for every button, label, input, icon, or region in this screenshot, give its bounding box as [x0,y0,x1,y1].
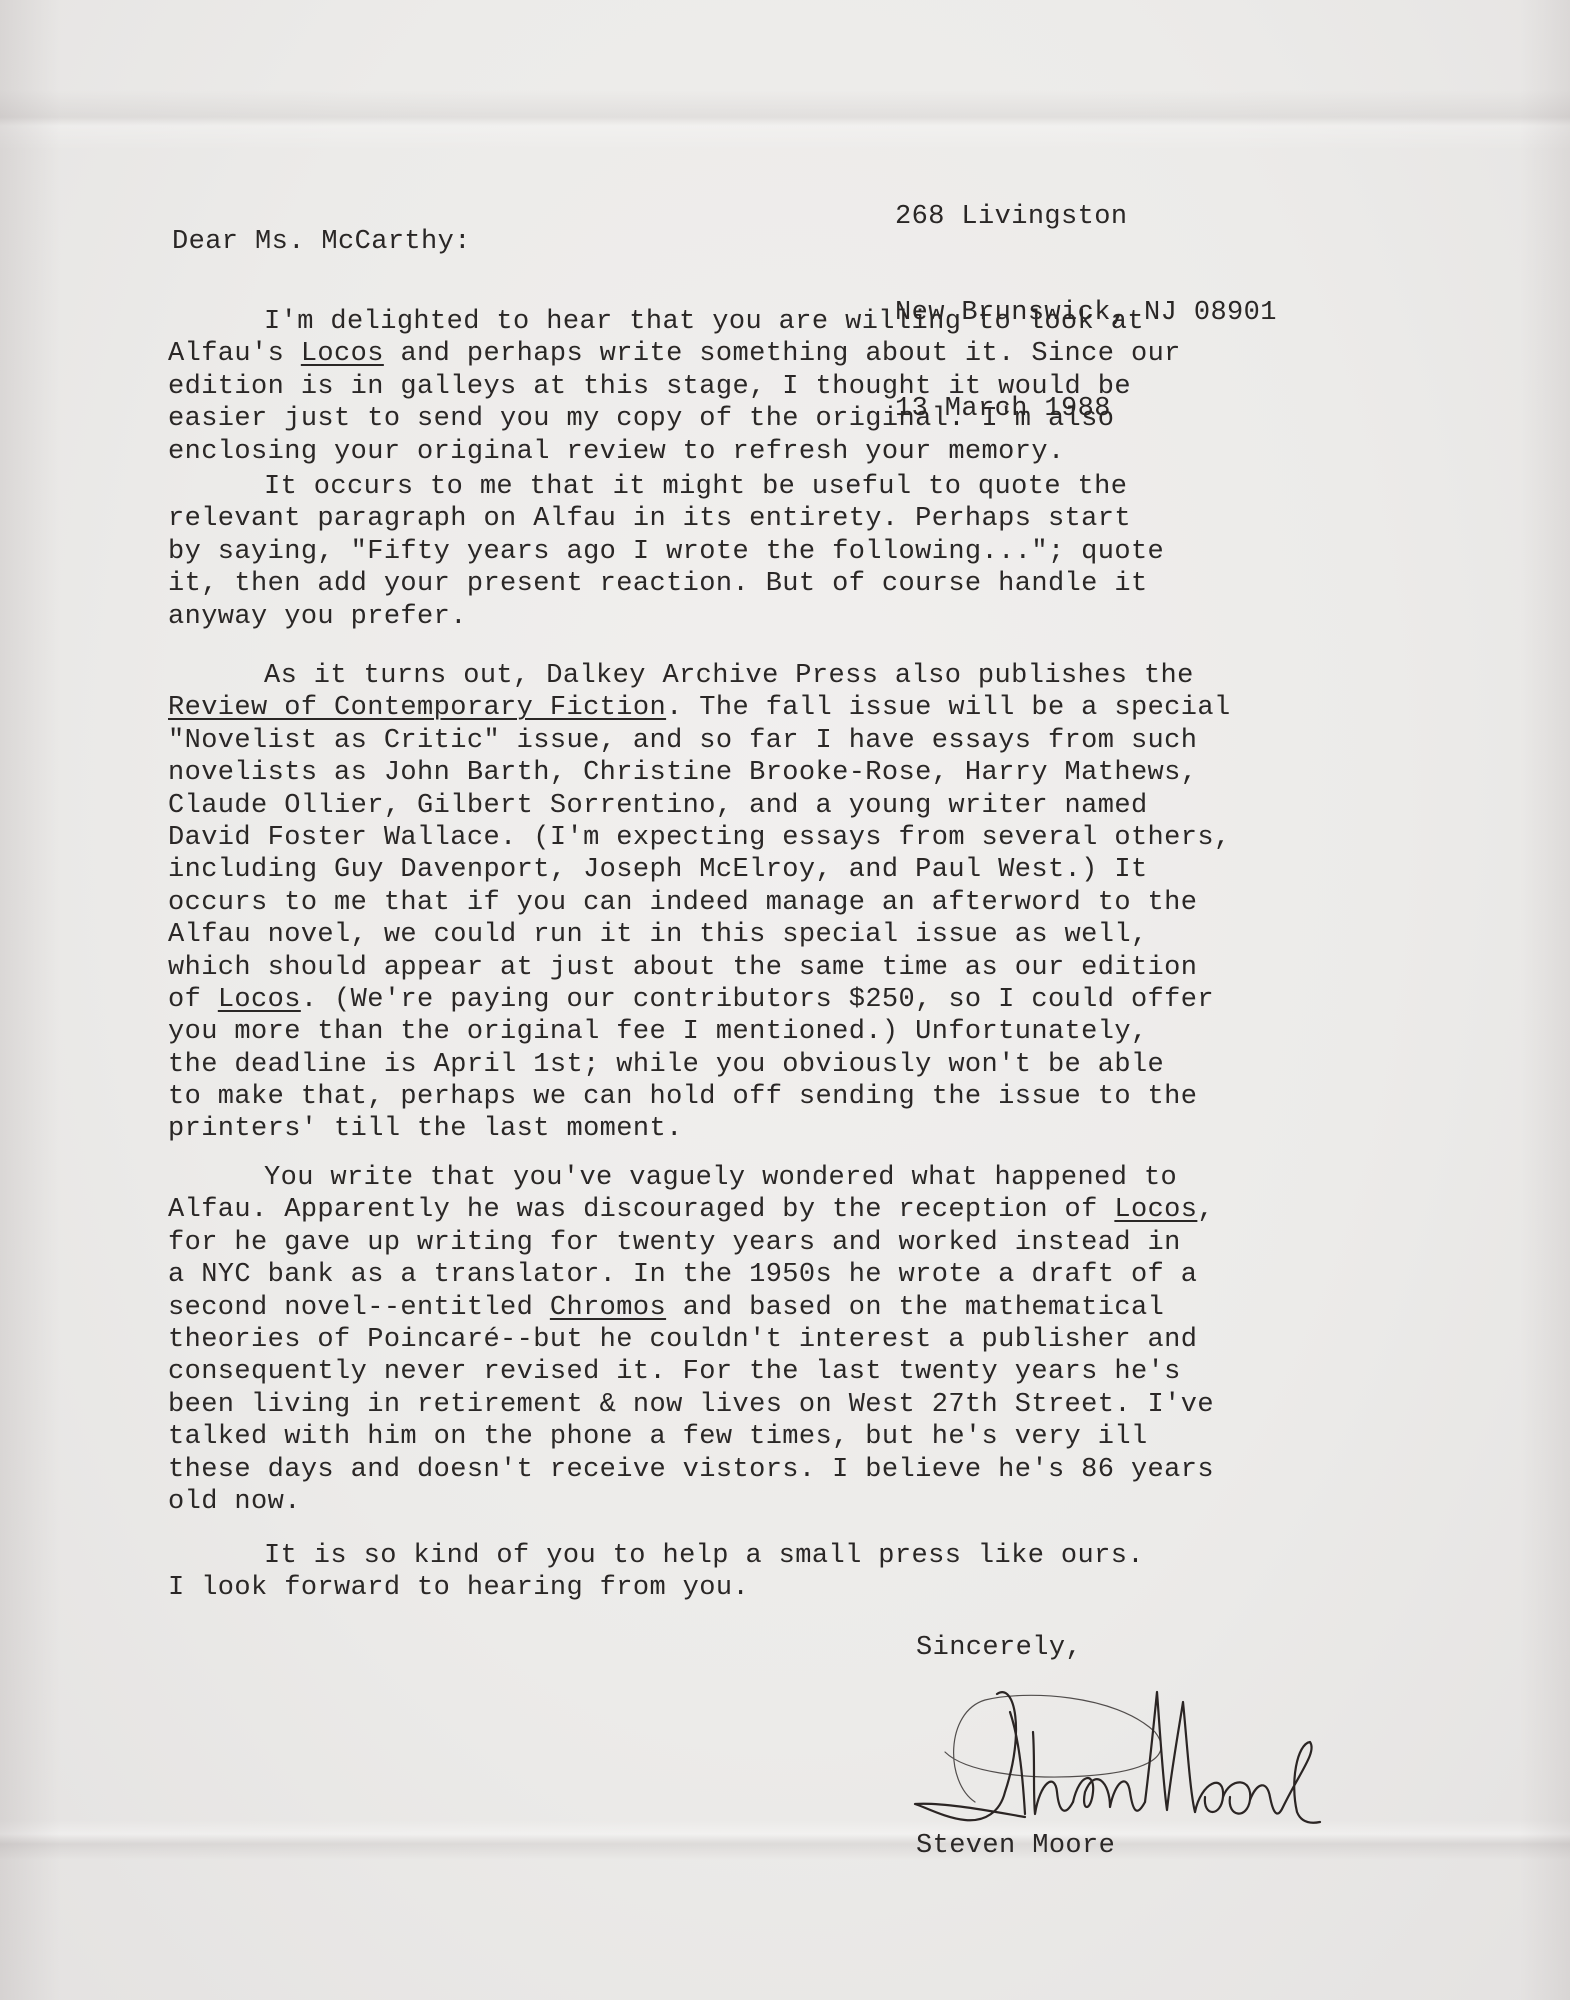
text-line: I look forward to hearing from you. [168,1572,1428,1604]
text-segment: which should appear at just about the sa… [168,953,1197,983]
text-segment: these days and doesn't receive vistors. … [168,1455,1214,1485]
paper-fold-bottom [0,1820,1570,1860]
text-line: by saying, "Fifty years ago I wrote the … [168,536,1428,568]
text-line: You write that you've vaguely wondered w… [168,1162,1428,1194]
text-segment: I look forward to hearing from you. [168,1573,749,1603]
text-segment: including Guy Davenport, Joseph McElroy,… [168,855,1148,885]
text-line: anyway you prefer. [168,601,1428,633]
address-line-1: 268 Livingston [895,201,1277,233]
text-line: old now. [168,1486,1428,1518]
text-segment: theories of Poincaré--but he couldn't in… [168,1325,1197,1355]
underlined-title: Locos [218,985,301,1015]
salutation: Dear Ms. McCarthy: [172,226,471,258]
text-segment: Alfau novel, we could run it in this spe… [168,920,1148,950]
text-segment: You write that you've vaguely wondered w… [264,1163,1177,1193]
text-segment: easier just to send you my copy of the o… [168,404,1114,434]
text-line: Alfau novel, we could run it in this spe… [168,919,1428,951]
text-segment: second novel--entitled [168,1293,550,1323]
text-segment: you more than the original fee I mention… [168,1017,1148,1047]
text-segment: It is so kind of you to help a small pre… [264,1541,1144,1571]
text-segment: relevant paragraph on Alfau in its entir… [168,504,1131,534]
text-segment: Alfau's [168,339,301,369]
text-line: As it turns out, Dalkey Archive Press al… [168,660,1428,692]
text-line: consequently never revised it. For the l… [168,1356,1428,1388]
text-line: It is so kind of you to help a small pre… [168,1540,1428,1572]
paragraph: I'm delighted to hear that you are willi… [168,306,1428,468]
text-line: I'm delighted to hear that you are willi… [168,306,1428,338]
text-segment: and based on the mathematical [666,1293,1164,1323]
paragraph: It is so kind of you to help a small pre… [168,1540,1428,1605]
closing: Sincerely, [916,1632,1082,1664]
text-line: of Locos. (We're paying our contributors… [168,984,1428,1016]
paper-fold-top [0,90,1570,150]
text-line: to make that, perhaps we can hold off se… [168,1081,1428,1113]
text-segment: , [1197,1195,1214,1225]
text-line: It occurs to me that it might be useful … [168,471,1428,503]
text-segment: edition is in galleys at this stage, I t… [168,372,1131,402]
paragraph: As it turns out, Dalkey Archive Press al… [168,660,1428,1146]
text-segment: for he gave up writing for twenty years … [168,1228,1181,1258]
text-segment: been living in retirement & now lives on… [168,1390,1214,1420]
text-segment: Claude Ollier, Gilbert Sorrentino, and a… [168,791,1148,821]
paper-edge-left [0,0,60,2000]
text-line: enclosing your original review to refres… [168,436,1428,468]
text-segment: old now. [168,1487,301,1517]
text-line: theories of Poincaré--but he couldn't in… [168,1324,1428,1356]
text-line: been living in retirement & now lives on… [168,1389,1428,1421]
text-line: relevant paragraph on Alfau in its entir… [168,503,1428,535]
text-line: it, then add your present reaction. But … [168,568,1428,600]
text-line: including Guy Davenport, Joseph McElroy,… [168,854,1428,886]
text-line: David Foster Wallace. (I'm expecting ess… [168,822,1428,854]
text-segment: "Novelist as Critic" issue, and so far I… [168,726,1197,756]
underlined-title: Review of Contemporary Fiction [168,693,666,723]
text-segment: a NYC bank as a translator. In the 1950s… [168,1260,1197,1290]
text-line: "Novelist as Critic" issue, and so far I… [168,725,1428,757]
text-segment: to make that, perhaps we can hold off se… [168,1082,1197,1112]
text-segment: and perhaps write something about it. Si… [384,339,1181,369]
text-segment: of [168,985,218,1015]
text-segment: it, then add your present reaction. But … [168,569,1148,599]
text-line: novelists as John Barth, Christine Brook… [168,757,1428,789]
text-segment: Alfau. Apparently he was discouraged by … [168,1195,1114,1225]
text-line: Alfau's Locos and perhaps write somethin… [168,338,1428,370]
underlined-title: Locos [301,339,384,369]
text-segment: anyway you prefer. [168,602,467,632]
text-line: printers' till the last moment. [168,1113,1428,1145]
text-line: the deadline is April 1st; while you obv… [168,1049,1428,1081]
text-line: Review of Contemporary Fiction. The fall… [168,692,1428,724]
paper-edge-right [1520,0,1570,2000]
text-line: second novel--entitled Chromos and based… [168,1292,1428,1324]
paragraph: You write that you've vaguely wondered w… [168,1162,1428,1518]
underlined-title: Locos [1114,1195,1197,1225]
paragraph: It occurs to me that it might be useful … [168,471,1428,633]
text-line: for he gave up writing for twenty years … [168,1227,1428,1259]
text-segment: . The fall issue will be a special [666,693,1231,723]
text-segment: printers' till the last moment. [168,1114,683,1144]
text-line: Claude Ollier, Gilbert Sorrentino, and a… [168,790,1428,822]
text-segment: by saying, "Fifty years ago I wrote the … [168,537,1164,567]
text-line: Alfau. Apparently he was discouraged by … [168,1194,1428,1226]
text-line: these days and doesn't receive vistors. … [168,1454,1428,1486]
text-line: edition is in galleys at this stage, I t… [168,371,1428,403]
text-segment: the deadline is April 1st; while you obv… [168,1050,1164,1080]
text-segment: enclosing your original review to refres… [168,437,1065,467]
signer-name: Steven Moore [916,1830,1115,1862]
text-segment: I'm delighted to hear that you are willi… [264,307,1144,337]
text-line: which should appear at just about the sa… [168,952,1428,984]
text-segment: It occurs to me that it might be useful … [264,472,1127,502]
text-segment: David Foster Wallace. (I'm expecting ess… [168,823,1231,853]
text-segment: talked with him on the phone a few times… [168,1422,1148,1452]
text-segment: As it turns out, Dalkey Archive Press al… [264,661,1194,691]
text-line: easier just to send you my copy of the o… [168,403,1428,435]
signature-image [905,1672,1325,1832]
text-segment: consequently never revised it. For the l… [168,1357,1181,1387]
text-segment: novelists as John Barth, Christine Brook… [168,758,1197,788]
text-line: a NYC bank as a translator. In the 1950s… [168,1259,1428,1291]
text-segment: occurs to me that if you can indeed mana… [168,888,1197,918]
underlined-title: Chromos [550,1293,666,1323]
text-line: you more than the original fee I mention… [168,1016,1428,1048]
letter-page: 268 Livingston New Brunswick, NJ 08901 1… [0,0,1570,2000]
text-segment: . (We're paying our contributors $250, s… [301,985,1214,1015]
text-line: occurs to me that if you can indeed mana… [168,887,1428,919]
text-line: talked with him on the phone a few times… [168,1421,1428,1453]
